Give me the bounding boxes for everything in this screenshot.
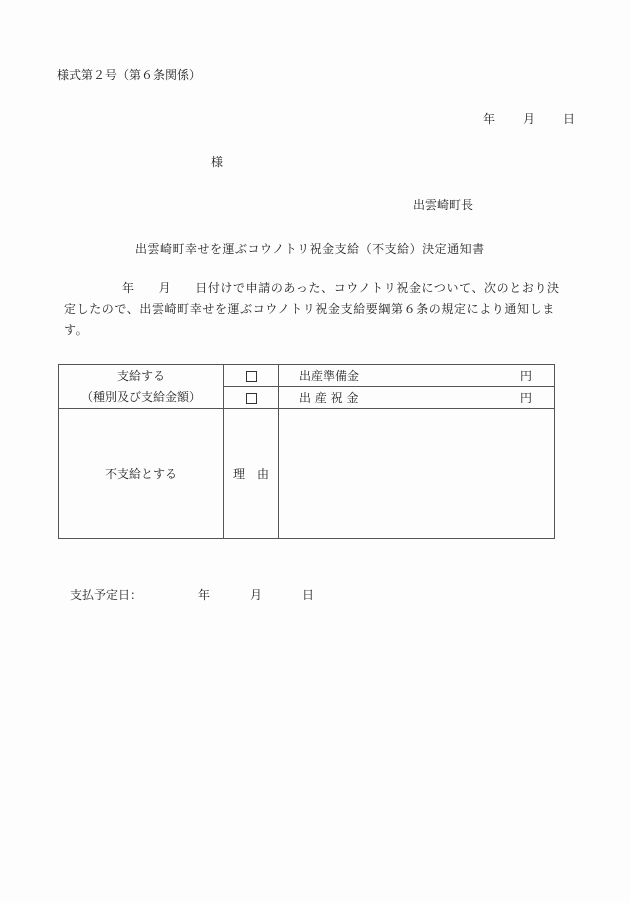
body-line2: 定したので、出雲崎町幸せを運ぶコウノトリ祝金支給要綱第６条の規定により通知しま	[64, 299, 579, 320]
reason-label: 理 由	[224, 409, 279, 539]
unit-label: 円	[520, 389, 532, 406]
checkbox-cell	[224, 387, 279, 409]
body-month: 月	[159, 281, 172, 295]
checkbox-preparation-fund[interactable]	[246, 371, 257, 382]
payment-date-month: 月	[250, 586, 262, 603]
addressee-suffix: 様	[211, 153, 223, 170]
payment-date-label: 支払予定日：	[70, 586, 142, 603]
item-cell: 出 産 祝 金円	[279, 387, 555, 409]
document-title: 出雲崎町幸せを運ぶコウノトリ祝金支給（不支給）決定通知書	[135, 240, 485, 257]
form-number: 様式第２号（第６条関係）	[57, 66, 201, 83]
body-line1: 日付けで申請のあった、コウノトリ祝金について、次のとおり決	[195, 281, 559, 295]
item-label: 出 産 祝 金	[299, 389, 358, 406]
checkbox-cell	[224, 365, 279, 387]
body-line3: す。	[64, 320, 579, 341]
reason-field[interactable]	[279, 409, 555, 539]
body-paragraph: 年月日付けで申請のあった、コウノトリ祝金について、次のとおり決 定したので、出雲…	[64, 278, 579, 341]
body-year: 年	[122, 281, 135, 295]
date-month: 月	[523, 110, 535, 127]
item-label: 出産準備金	[299, 367, 359, 384]
nonpay-label: 不支給とする	[59, 409, 224, 539]
decision-table: 支給する （種別及び支給金額） 出産準備金円 出 産 祝 金円 不支給とする 理…	[58, 364, 555, 539]
date-year: 年	[483, 110, 495, 127]
unit-label: 円	[520, 367, 532, 384]
pay-label: 支給する	[59, 366, 223, 387]
pay-sublabel: （種別及び支給金額）	[59, 387, 223, 408]
payment-date-day: 日	[302, 586, 314, 603]
payment-date-year: 年	[198, 586, 210, 603]
date-day: 日	[563, 110, 575, 127]
checkbox-birth-gift[interactable]	[246, 393, 257, 404]
item-cell: 出産準備金円	[279, 365, 555, 387]
issuer: 出雲崎町長	[413, 196, 473, 213]
pay-label-cell: 支給する （種別及び支給金額）	[59, 365, 224, 409]
